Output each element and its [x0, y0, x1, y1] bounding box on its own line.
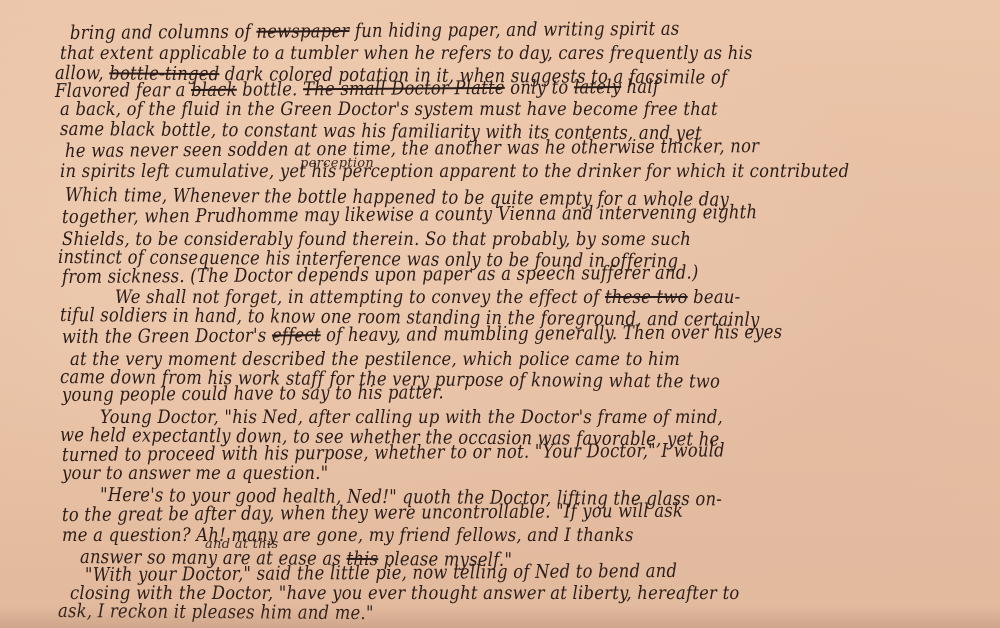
manuscript-line: your to answer me a question." — [62, 462, 328, 484]
manuscript-line: to the great be after day, when they wer… — [62, 500, 683, 526]
manuscript-line: a back, of the fluid in the Green Doctor… — [60, 98, 718, 120]
interlinear-insertion: perception — [300, 156, 374, 171]
manuscript-line: from sickness. (The Doctor depends upon … — [62, 262, 699, 288]
manuscript-line: ask, I reckon it pleases him and me." — [58, 600, 374, 624]
manuscript-line: he was never seen sodden at one time, th… — [65, 135, 759, 162]
manuscript-page: bring and columns of newspaper fun hidin… — [0, 0, 1000, 628]
manuscript-line: in spirits left cumulative, yet his perc… — [60, 160, 849, 182]
manuscript-line: bring and columns of newspaper fun hidin… — [70, 18, 680, 44]
manuscript-line: young people could have to say to his pa… — [62, 381, 444, 406]
manuscript-line: me a question? Ah! many are gone, my fri… — [62, 524, 634, 546]
manuscript-line: together, when Prudhomme may likewise a … — [62, 201, 757, 228]
manuscript-line: that extent applicable to a tumbler when… — [60, 42, 753, 64]
manuscript-line: with the Green Doctor's effect of heavy,… — [62, 321, 782, 348]
interlinear-insertion: and at this — [205, 537, 278, 552]
